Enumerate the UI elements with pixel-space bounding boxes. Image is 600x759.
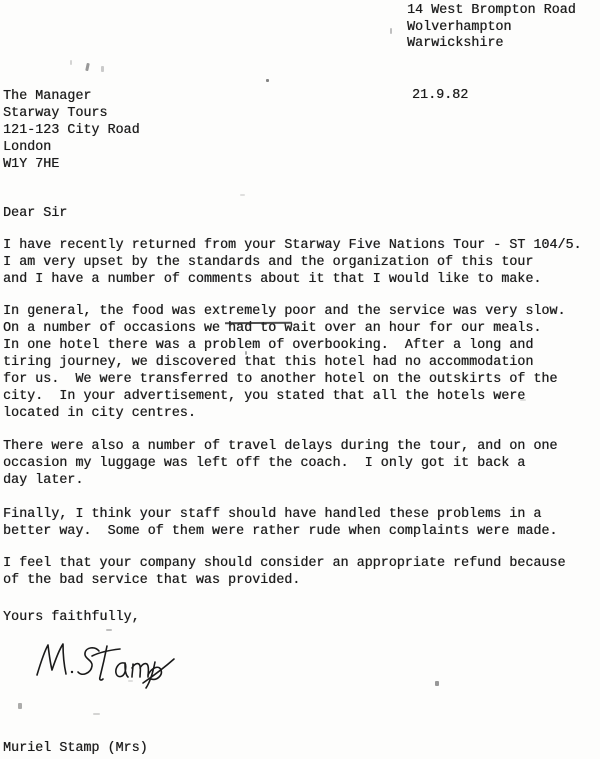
paragraph-3: There were also a number of travel delay…: [3, 438, 557, 489]
typed-sender-name: Muriel Stamp (Mrs): [3, 740, 148, 757]
signature-initial-m: [37, 644, 66, 675]
signature-s: [78, 648, 99, 674]
sender-address: 14 West Brompton Road Wolverhampton Warw…: [407, 3, 576, 53]
signature-dot: [71, 671, 73, 673]
scan-speck: [101, 66, 104, 72]
signature-m: [132, 664, 148, 677]
scan-speck: [435, 681, 439, 686]
scanned-letter-page: 14 West Brompton Road Wolverhampton Warw…: [0, 0, 600, 759]
scan-speck: [93, 713, 100, 715]
letter-date: 21.9.82: [412, 87, 468, 104]
scan-speck: [85, 63, 90, 71]
scan-speck: [18, 703, 22, 709]
salutation: Dear Sir: [3, 205, 67, 222]
signature-handwriting: [34, 638, 194, 690]
paragraph-4: Finally, I think your staff should have …: [3, 506, 557, 540]
signature-a: [116, 663, 128, 677]
recipient-address: The Manager Starway Tours 121-123 City R…: [3, 88, 140, 173]
scan-speck: [390, 28, 392, 34]
scan-speck: [70, 60, 72, 65]
paragraph-1: I have recently returned from your Starw…: [3, 237, 582, 288]
scan-speck: [106, 629, 112, 631]
paragraph-2: In general, the food was extremely poor …: [3, 303, 566, 422]
paragraph-5: I feel that your company should consider…: [3, 555, 566, 589]
scan-speck: [266, 79, 269, 82]
scan-speck: [240, 194, 245, 196]
closing-phrase: Yours faithfully,: [3, 609, 140, 626]
